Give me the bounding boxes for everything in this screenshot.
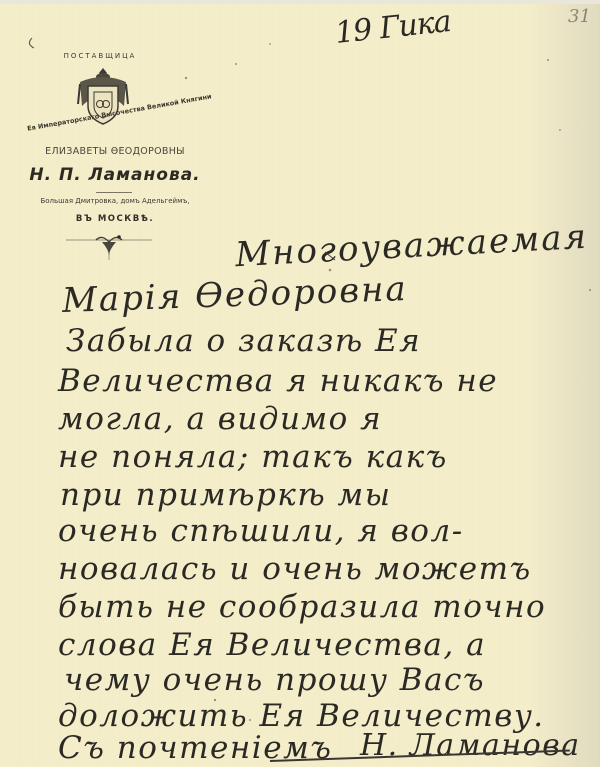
body-line: при примѣркѣ мы [60, 477, 391, 513]
letterhead-address: Большая Дмитровка, домъ Адельгеймъ, [30, 197, 200, 205]
page-number: 31 [568, 6, 591, 27]
date-note: 19 Гика [333, 4, 452, 51]
body-line: слова Ея Величества, а [58, 627, 486, 663]
body-line: очень спѣшили, я вол- [58, 513, 464, 549]
salutation-line-1: Многоуважаемая [234, 217, 589, 275]
signature: Н. Ламанова [360, 728, 581, 763]
letterhead-city: ВЪ МОСКВѢ. [40, 214, 190, 224]
body-line: чему очень прошу Васъ [64, 662, 485, 698]
salutation-line-2: Марія Ѳедоровна [61, 269, 408, 321]
letterhead-rule [96, 192, 132, 193]
page-top-edge [0, 0, 600, 4]
flourish-ornament-icon [66, 232, 152, 262]
body-line: быть не сообразила точно [58, 589, 546, 625]
letterhead-arc-top: ПОСТАВЩИЦА [40, 52, 160, 60]
body-line: Величества я никакъ не [58, 363, 498, 399]
letterhead-company-name: Н. П. Ламанова. [20, 165, 210, 185]
body-line: могла, а видимо я [58, 401, 382, 437]
letterhead-patron-name: ЕЛИЗАВЕТЫ ѲЕОДОРОВНЫ [40, 146, 190, 157]
letter-page: ПОСТАВЩИЦА Ея Императорскаго Высочества … [0, 0, 600, 767]
body-line: новалась и очень можетъ [58, 551, 532, 587]
body-line: Забыла о заказѣ Ея [66, 323, 421, 359]
body-line: не поняла; такъ какъ [58, 439, 448, 475]
